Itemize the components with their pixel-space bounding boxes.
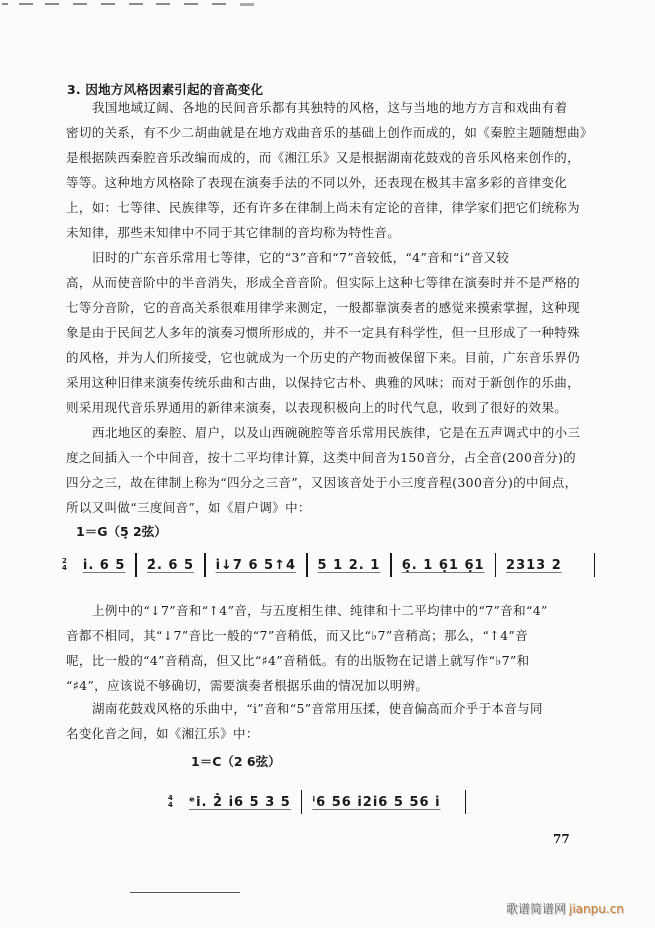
barline — [594, 553, 596, 577]
measure: i̇↓7 6 5↑4 — [206, 558, 306, 573]
measure: 6̣. 1 6̣1 6̣1 — [392, 558, 495, 573]
text-line: 密切的关系，有不少二胡曲就是在地方戏曲音乐的基础上创作而成的，如《秦腔主题随想曲… — [66, 120, 546, 145]
text-line: 上，如：七等律、民族律等，还有许多在律制上尚未有定论的音律，律学家们把它们统称为 — [66, 195, 546, 220]
measure: 2313 2 — [496, 558, 572, 573]
measure: ⁱ6 56 i̇2i̇6 5 56 i̇ — [302, 795, 450, 810]
dash — [184, 3, 198, 5]
dash — [73, 3, 87, 5]
text-line: 呢，比一般的“4”音稍高，但又比“♯4”音稍低。有的出版物在记谱上就写作“♭7”… — [66, 648, 546, 673]
text-line: 则采用现代音乐界通用的新律来演奏，以表现积极向上的时代气息，收到了很好的效果。 — [66, 395, 546, 420]
dash — [212, 3, 226, 5]
text-line: 采用这种旧律来演奏传统乐曲和古曲，以保持它古朴、典雅的风味；而对于新创作的乐曲， — [66, 370, 546, 395]
dash — [45, 3, 59, 5]
text-line: 我国地域辽阔、各地的民间音乐都有其独特的风格，这与当地的地方方言和戏曲有着 — [66, 95, 546, 120]
text-line: 七等分音阶，它的音高关系很难用律学来测定，一般都靠演奏者的感觉来摸索掌握，这种现 — [66, 295, 546, 320]
dash — [240, 3, 254, 6]
text-line: 旧时的广东音乐常用七等律，它的“3”音和“7”音较低，“4”音和“i̇”音又较 — [66, 245, 546, 270]
text-line: 四分之三，故在律制上称为“四分之三音”，又因该音处于小三度音程(300音分)的中… — [66, 470, 546, 495]
watermark-chinese: 歌谱简谱网 — [506, 902, 566, 916]
text-line: 度之间插入一个中间音，按十二平均律计算，这类中间音为150音分，占全音(200音… — [66, 445, 546, 470]
paragraph-cantonese-music: 旧时的广东音乐常用七等律，它的“3”音和“7”音较低，“4”音和“i̇”音又较 … — [66, 245, 546, 420]
text-line: 名变化音之间，如《湘江乐》中： — [66, 721, 546, 746]
paragraph-hunan-style: 湖南花鼓戏风格的乐曲中，“i̇”音和“5”音常用压揉，使音偏高而介乎于本音与同 … — [66, 696, 546, 746]
dash — [129, 3, 143, 5]
example-1-score: 2 4 i̇. 6 5 2̇. 6 5 i̇↓7 6 5↑4 5 1 2. 1 … — [62, 553, 595, 577]
text-line: 上例中的“↓7”音和“↑4”音，与五度相生律、纯律和十二平均律中的“7”音和“4… — [66, 598, 546, 623]
watermark-latin: jianpu.cn — [569, 902, 624, 916]
text-line: 高，从而使音阶中的半音消失，形成全音音阶。但实际上这种七等律在演奏时并不是严格的 — [66, 270, 546, 295]
text-line: 等等。这种地方风格除了表现在演奏手法的不同以外，还表现在极其丰富多彩的音律变化 — [66, 170, 546, 195]
text-line: 未知律，那些未知律中不同于其它律制的音均称为特性音。 — [66, 220, 546, 245]
dash — [101, 3, 115, 5]
measure: i̇. 6 5 — [73, 558, 136, 573]
text-line: “♯4”，应该说不够确切，需要演奏者根据乐曲的情况加以明辨。 — [66, 673, 546, 698]
text-line: 湖南花鼓戏风格的乐曲中，“i̇”音和“5”音常用压揉，使音偏高而介乎于本音与同 — [66, 696, 546, 721]
page-number: 77 — [553, 832, 570, 846]
paragraph-example-explanation: 上例中的“↓7”音和“↑4”音，与五度相生律、纯律和十二平均律中的“7”音和“4… — [66, 598, 546, 698]
measure: ᵉi. 2̇ i̇6 5 3 5 — [179, 795, 301, 810]
dash — [2, 3, 8, 5]
measure: 5 1 2. 1 — [308, 558, 391, 573]
text-line: 的风格，并为人们所接受，它也就成为一个历史的产物而被保留下来。目前，广东音乐界仍 — [66, 345, 546, 370]
text-line: 象是由于民间艺人多年的演奏习惯所形成的，并不一定具有科学性，但一旦形成了一种特殊 — [66, 320, 546, 345]
text-line: 所以又叫做“三度间音”，如《眉户调》中： — [66, 495, 546, 520]
dash — [19, 3, 33, 5]
paragraph-northwest-music: 西北地区的秦腔、眉户，以及山西碗碗腔等音乐常用民族律，它是在五声调式中的小三 度… — [66, 420, 546, 520]
dash — [156, 3, 170, 5]
barline — [465, 790, 467, 814]
text-line: 音都不相同，其“↓7”音比一般的“7”音稍低，而又比“♭7”音稍高；那么，“↑4… — [66, 623, 546, 648]
time-signature: 2 4 — [62, 558, 67, 572]
example-2-score: 4 4 ᵉi. 2̇ i̇6 5 3 5 ⁱ6 56 i̇2i̇6 5 56 i… — [168, 790, 466, 814]
example-2-key: 1＝C（2 6弦） — [191, 752, 281, 770]
time-signature: 4 4 — [168, 795, 173, 809]
text-line: 是根据陕西秦腔音乐改编而成的，而《湘江乐》又是根据湖南花鼓戏的音乐风格来创作的， — [66, 145, 546, 170]
measure: 2̇. 6 5 — [137, 558, 204, 573]
example-1-key: 1＝G（5̣ 2弦） — [76, 522, 167, 540]
footer-rule — [130, 892, 240, 893]
paragraph-regional-style: 我国地域辽阔、各地的民间音乐都有其独特的风格，这与当地的地方方言和戏曲有着 密切… — [66, 95, 546, 245]
scan-edge-dashes — [0, 3, 260, 7]
watermark: 歌谱简谱网jianpu.cn — [506, 900, 624, 917]
text-line: 西北地区的秦腔、眉户，以及山西碗碗腔等音乐常用民族律，它是在五声调式中的小三 — [66, 420, 546, 445]
